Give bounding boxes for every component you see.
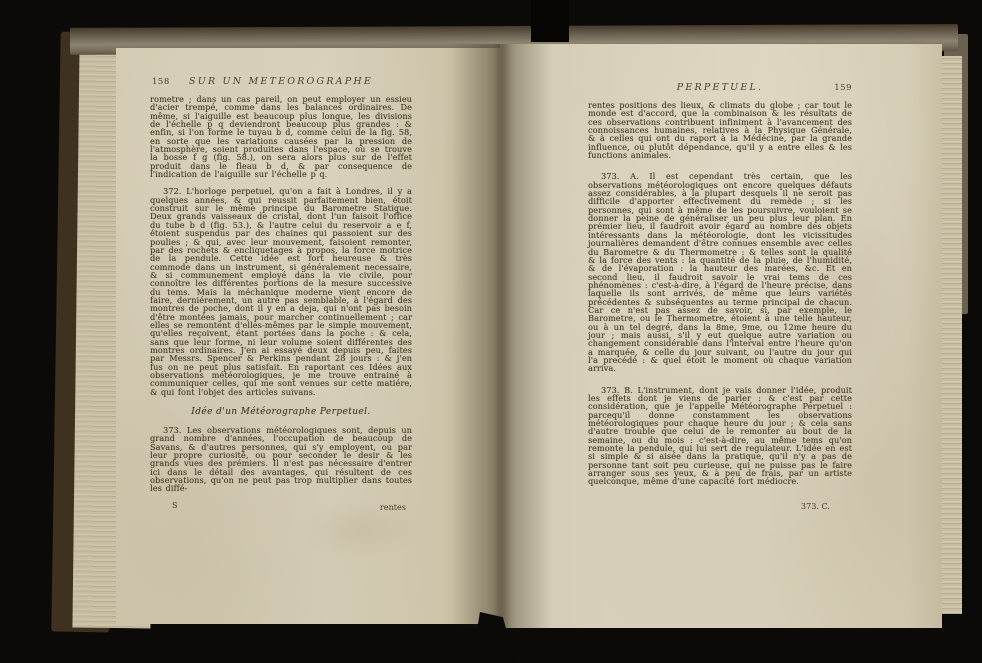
book-clamp: [531, 0, 569, 42]
paragraph-continuation: rometre ; dans un cas pareil, on peut em…: [150, 95, 412, 178]
left-page-number: 158: [152, 77, 170, 87]
left-page-text-block: 158 SUR UN METEOROGRAPHE rometre ; dans …: [150, 76, 412, 512]
left-page-body: rometre ; dans un cas pareil, on peut em…: [150, 95, 412, 512]
left-running-header: 158 SUR UN METEOROGRAPHE: [150, 76, 412, 89]
right-page-number: 159: [834, 83, 852, 93]
book-scan-photo: 158 SUR UN METEOROGRAPHE rometre ; dans …: [0, 0, 982, 663]
left-running-title: SUR UN METEOROGRAPHE: [150, 76, 412, 87]
paragraph-continuation-right: rentes positions des lieux, & climats du…: [588, 101, 852, 159]
left-page-footer: S rentes: [150, 500, 412, 512]
paragraph-373B: 373. B. L'instrument, dont je vais donne…: [588, 386, 852, 486]
right-page-body: rentes positions des lieux, & climats du…: [588, 101, 852, 513]
right-page-text-block: PERPETUEL. 159 rentes positions des lieu…: [588, 82, 852, 513]
paragraph-373A: 373. A. Il est cependant très certain, q…: [588, 172, 852, 372]
right-catchword: 373. C.: [801, 501, 830, 511]
paragraph-373: 373. Les observations météorologiques so…: [150, 426, 412, 493]
paragraph-372: 372. L'horloge perpetuel, qu'on a fait à…: [150, 187, 412, 396]
right-running-header: PERPETUEL. 159: [588, 82, 852, 95]
right-page-footer: 373. C.: [588, 501, 852, 513]
section-heading: Idée d'un Météorographe Perpetuel.: [150, 407, 412, 417]
left-catchword: rentes: [380, 502, 406, 512]
signature-mark: S: [172, 500, 178, 510]
right-running-title: PERPETUEL.: [588, 82, 852, 93]
